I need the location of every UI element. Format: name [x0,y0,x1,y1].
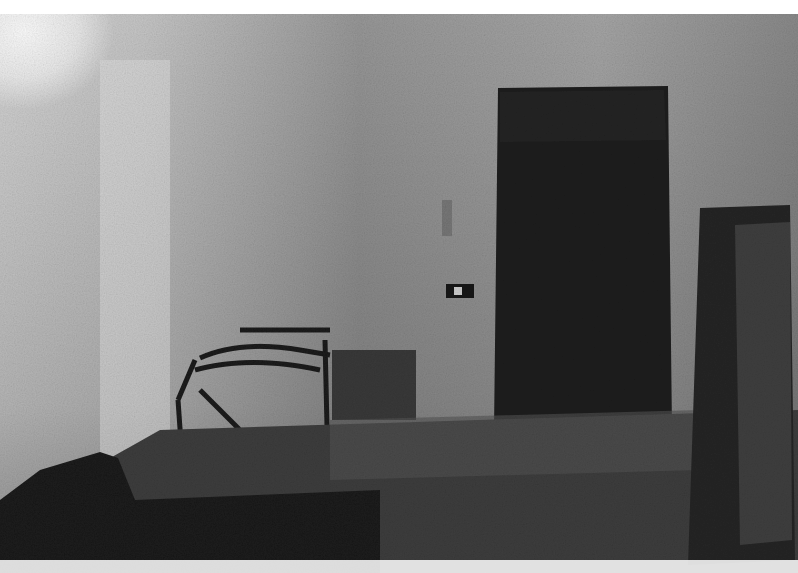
room-photo: Grainy dithered grayscale photograph of … [0,0,798,573]
box-radiator [332,350,416,420]
room-illustration [0,0,798,573]
